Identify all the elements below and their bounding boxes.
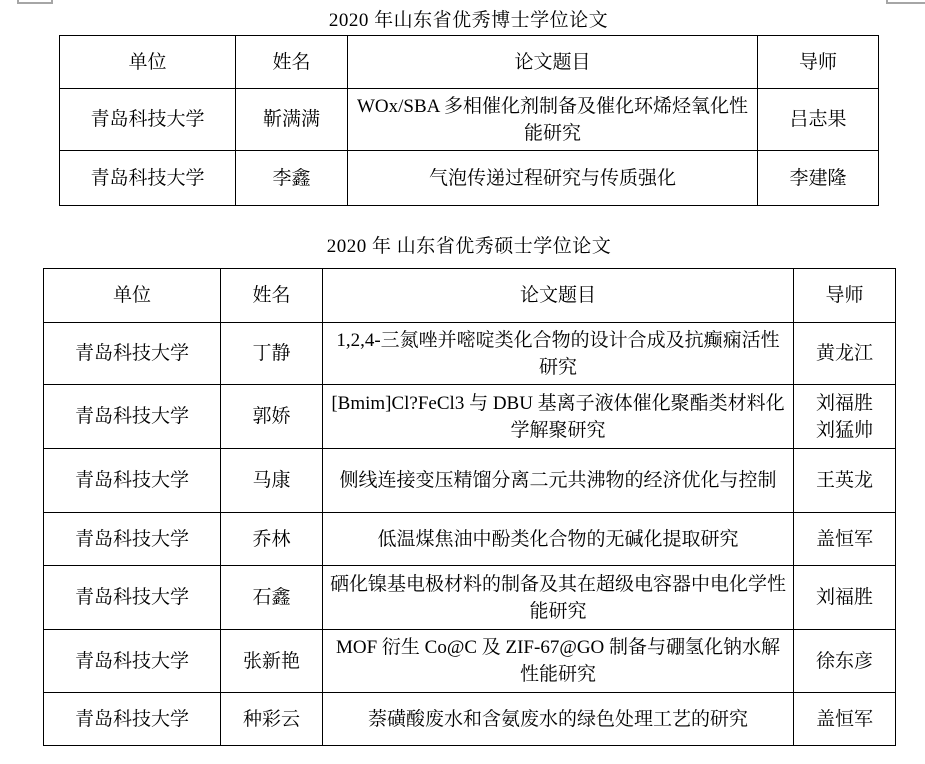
name-cell: 石鑫 xyxy=(221,566,323,630)
advisor-cell: 刘福胜 xyxy=(794,566,896,630)
unit-cell: 青岛科技大学 xyxy=(44,513,221,566)
cropped-page-artifact-right xyxy=(886,0,925,4)
doctoral-list-title: 2020 年山东省优秀博士学位论文 xyxy=(59,8,878,34)
advisor-cell: 王英龙 xyxy=(794,449,896,513)
table-row: 青岛科技大学 马康 侧线连接变压精馏分离二元共沸物的经济优化与控制 王英龙 xyxy=(44,449,896,513)
name-cell: 靳满满 xyxy=(236,89,348,151)
table-row: 青岛科技大学 丁静 1,2,4-三氮唑并嘧啶类化合物的设计合成及抗癫痫活性研究 … xyxy=(44,323,896,385)
table-header-row: 单位 姓名 论文题目 导师 xyxy=(60,36,879,89)
column-header-unit: 单位 xyxy=(44,269,221,323)
unit-cell: 青岛科技大学 xyxy=(44,566,221,630)
unit-cell: 青岛科技大学 xyxy=(44,630,221,693)
column-header-name: 姓名 xyxy=(236,36,348,89)
table-header-row: 单位 姓名 论文题目 导师 xyxy=(44,269,896,323)
table-row: 青岛科技大学 张新艳 MOF 衍生 Co@C 及 ZIF-67@GO 制备与硼氢… xyxy=(44,630,896,693)
unit-cell: 青岛科技大学 xyxy=(44,385,221,449)
advisor-cell: 徐东彦 xyxy=(794,630,896,693)
name-cell: 李鑫 xyxy=(236,151,348,206)
thesis-cell: 1,2,4-三氮唑并嘧啶类化合物的设计合成及抗癫痫活性研究 xyxy=(323,323,794,385)
table-row: 青岛科技大学 乔林 低温煤焦油中酚类化合物的无碱化提取研究 盖恒军 xyxy=(44,513,896,566)
doctoral-table: 单位 姓名 论文题目 导师 青岛科技大学 靳满满 WOx/SBA 多相催化剂制备… xyxy=(59,35,879,206)
unit-cell: 青岛科技大学 xyxy=(60,151,236,206)
unit-cell: 青岛科技大学 xyxy=(60,89,236,151)
unit-cell: 青岛科技大学 xyxy=(44,323,221,385)
masters-list-title: 2020 年 山东省优秀硕士学位论文 xyxy=(43,234,895,260)
unit-cell: 青岛科技大学 xyxy=(44,449,221,513)
thesis-cell: WOx/SBA 多相催化剂制备及催化环烯烃氧化性能研究 xyxy=(348,89,758,151)
table-row: 青岛科技大学 种彩云 萘磺酸废水和含氨废水的绿色处理工艺的研究 盖恒军 xyxy=(44,693,896,746)
advisor-cell: 李建隆 xyxy=(758,151,879,206)
name-cell: 种彩云 xyxy=(221,693,323,746)
advisor-cell: 吕志果 xyxy=(758,89,879,151)
advisor-cell: 黄龙江 xyxy=(794,323,896,385)
advisor-cell: 盖恒军 xyxy=(794,693,896,746)
column-header-advisor: 导师 xyxy=(794,269,896,323)
thesis-cell: 硒化镍基电极材料的制备及其在超级电容器中电化学性能研究 xyxy=(323,566,794,630)
thesis-cell: 侧线连接变压精馏分离二元共沸物的经济优化与控制 xyxy=(323,449,794,513)
thesis-cell: MOF 衍生 Co@C 及 ZIF-67@GO 制备与硼氢化钠水解性能研究 xyxy=(323,630,794,693)
column-header-advisor: 导师 xyxy=(758,36,879,89)
masters-table: 单位 姓名 论文题目 导师 青岛科技大学 丁静 1,2,4-三氮唑并嘧啶类化合物… xyxy=(43,268,896,746)
table-row: 青岛科技大学 郭娇 [Bmim]Cl?FeCl3 与 DBU 基离子液体催化聚酯… xyxy=(44,385,896,449)
thesis-cell: [Bmim]Cl?FeCl3 与 DBU 基离子液体催化聚酯类材料化学解聚研究 xyxy=(323,385,794,449)
name-cell: 丁静 xyxy=(221,323,323,385)
document-page: { "page": { "background_color": "#ffffff… xyxy=(0,0,925,764)
thesis-cell: 低温煤焦油中酚类化合物的无碱化提取研究 xyxy=(323,513,794,566)
column-header-name: 姓名 xyxy=(221,269,323,323)
name-cell: 马康 xyxy=(221,449,323,513)
name-cell: 郭娇 xyxy=(221,385,323,449)
column-header-thesis: 论文题目 xyxy=(348,36,758,89)
name-cell: 张新艳 xyxy=(221,630,323,693)
column-header-unit: 单位 xyxy=(60,36,236,89)
table-row: 青岛科技大学 靳满满 WOx/SBA 多相催化剂制备及催化环烯烃氧化性能研究 吕… xyxy=(60,89,879,151)
cropped-page-artifact-left xyxy=(17,0,53,4)
thesis-cell: 气泡传递过程研究与传质强化 xyxy=(348,151,758,206)
unit-cell: 青岛科技大学 xyxy=(44,693,221,746)
name-cell: 乔林 xyxy=(221,513,323,566)
column-header-thesis: 论文题目 xyxy=(323,269,794,323)
thesis-cell: 萘磺酸废水和含氨废水的绿色处理工艺的研究 xyxy=(323,693,794,746)
advisor-cell: 盖恒军 xyxy=(794,513,896,566)
table-row: 青岛科技大学 李鑫 气泡传递过程研究与传质强化 李建隆 xyxy=(60,151,879,206)
table-row: 青岛科技大学 石鑫 硒化镍基电极材料的制备及其在超级电容器中电化学性能研究 刘福… xyxy=(44,566,896,630)
advisor-cell: 刘福胜 刘猛帅 xyxy=(794,385,896,449)
